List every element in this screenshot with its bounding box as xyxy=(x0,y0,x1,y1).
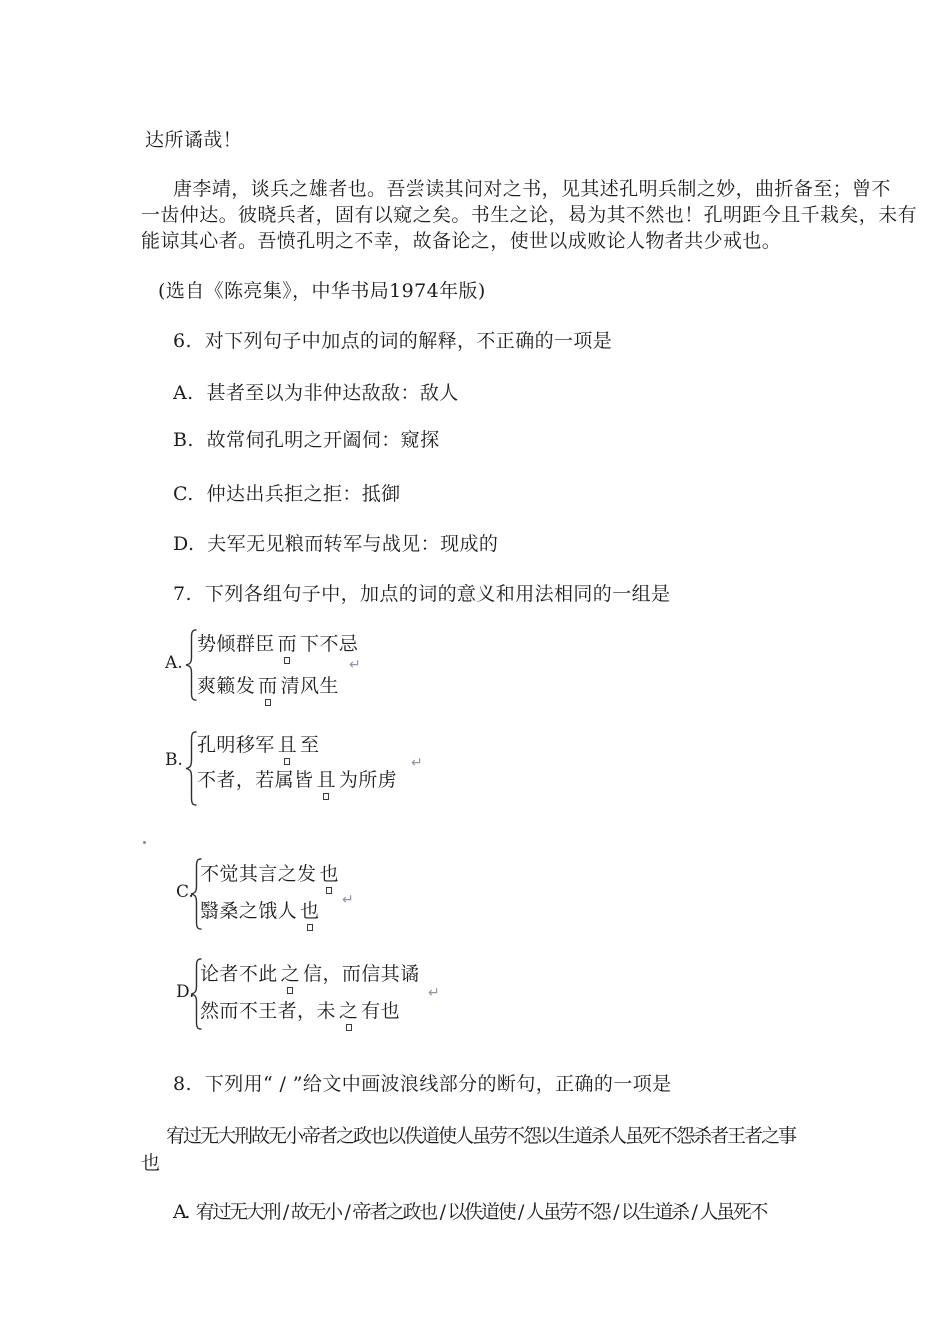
intro-first-line: 达所谲哉！ xyxy=(145,128,242,152)
q6-option-a: A. 甚者至以为非仲达敌敌：敌人 xyxy=(173,381,459,405)
paragraph-mark-icon: ↵ xyxy=(428,986,440,1000)
q6-option-b: B. 故常伺孔明之开阖伺：窥探 xyxy=(173,428,439,452)
stray-dot xyxy=(143,841,146,844)
q8-stem: 8. 下列用“ / ”给文中画波浪线部分的断句，正确的一项是 xyxy=(173,1072,672,1096)
q7-group-a-line1: 势倾群臣而下不忌 xyxy=(197,632,358,656)
q6-option-d: D. 夫军无见粮而转军与战见：现成的 xyxy=(173,532,498,556)
paragraph-mark-icon: ↵ xyxy=(349,658,361,672)
q7-group-b-line2: 不者，若属皆且为所虏 xyxy=(197,768,397,792)
left-brace xyxy=(184,629,198,701)
q7-group-c-line2: 翳桑之饿人也 xyxy=(200,899,322,923)
q6-stem: 6. 对下列句子中加点的词的解释，不正确的一项是 xyxy=(173,329,612,353)
document-page: 达所谲哉！ 唐李靖，谈兵之雄者也。吾尝读其问对之书，见其述孔明兵制之妙，曲折备至… xyxy=(0,0,950,1344)
paragraph-line: 能谅其心者。吾愤孔明之不幸，故备论之，使世以成败论人物者共少戒也。 xyxy=(141,229,781,253)
paragraph-line: 一齿仲达。彼晓兵者，固有以窥之矣。书生之论，曷为其不然也！孔明距今且千栽矣，未有 xyxy=(141,203,917,227)
q6-option-c: C. 仲达出兵拒之拒：抵御 xyxy=(173,482,401,506)
q8-passage-line1: 宥过无大刑故无小帝者之政也以佚道使人虽劳不怨以生道杀人虽死不怨杀者王者之事 xyxy=(166,1124,795,1148)
q7-group-a-label: A. xyxy=(165,653,183,673)
source-citation: (选自《陈亮集》，中华书局1974年版) xyxy=(158,279,486,303)
q8-option-a: A. 宥过无大刑 / 故无小 / 帝者之政也 / 以佚道使 / 人虽劳不怨 / … xyxy=(173,1200,766,1224)
paragraph-mark-icon: ↵ xyxy=(411,756,423,770)
q8-passage-line2: 也 xyxy=(141,1151,160,1175)
paragraph-mark-icon: ↵ xyxy=(342,893,354,907)
paragraph-line: 唐李靖，谈兵之雄者也。吾尝读其问对之书，见其述孔明兵制之妙，曲折备至；曾不 xyxy=(173,177,891,201)
q7-group-c-line1: 不觉其言之发也 xyxy=(200,862,342,886)
q7-group-b-label: B. xyxy=(165,750,183,770)
left-brace xyxy=(184,731,198,806)
q7-group-d-line2: 然而不王者，未之有也 xyxy=(200,999,400,1023)
q7-group-d-line1: 论者不此之信，而信其谲 xyxy=(200,962,419,986)
q7-group-b-line1: 孔明移军且至 xyxy=(197,733,319,757)
q7-stem: 7. 下列各组句子中，加点的词的意义和用法相同的一组是 xyxy=(173,582,670,606)
q7-group-a-line2: 爽籁发而清风生 xyxy=(197,674,339,698)
